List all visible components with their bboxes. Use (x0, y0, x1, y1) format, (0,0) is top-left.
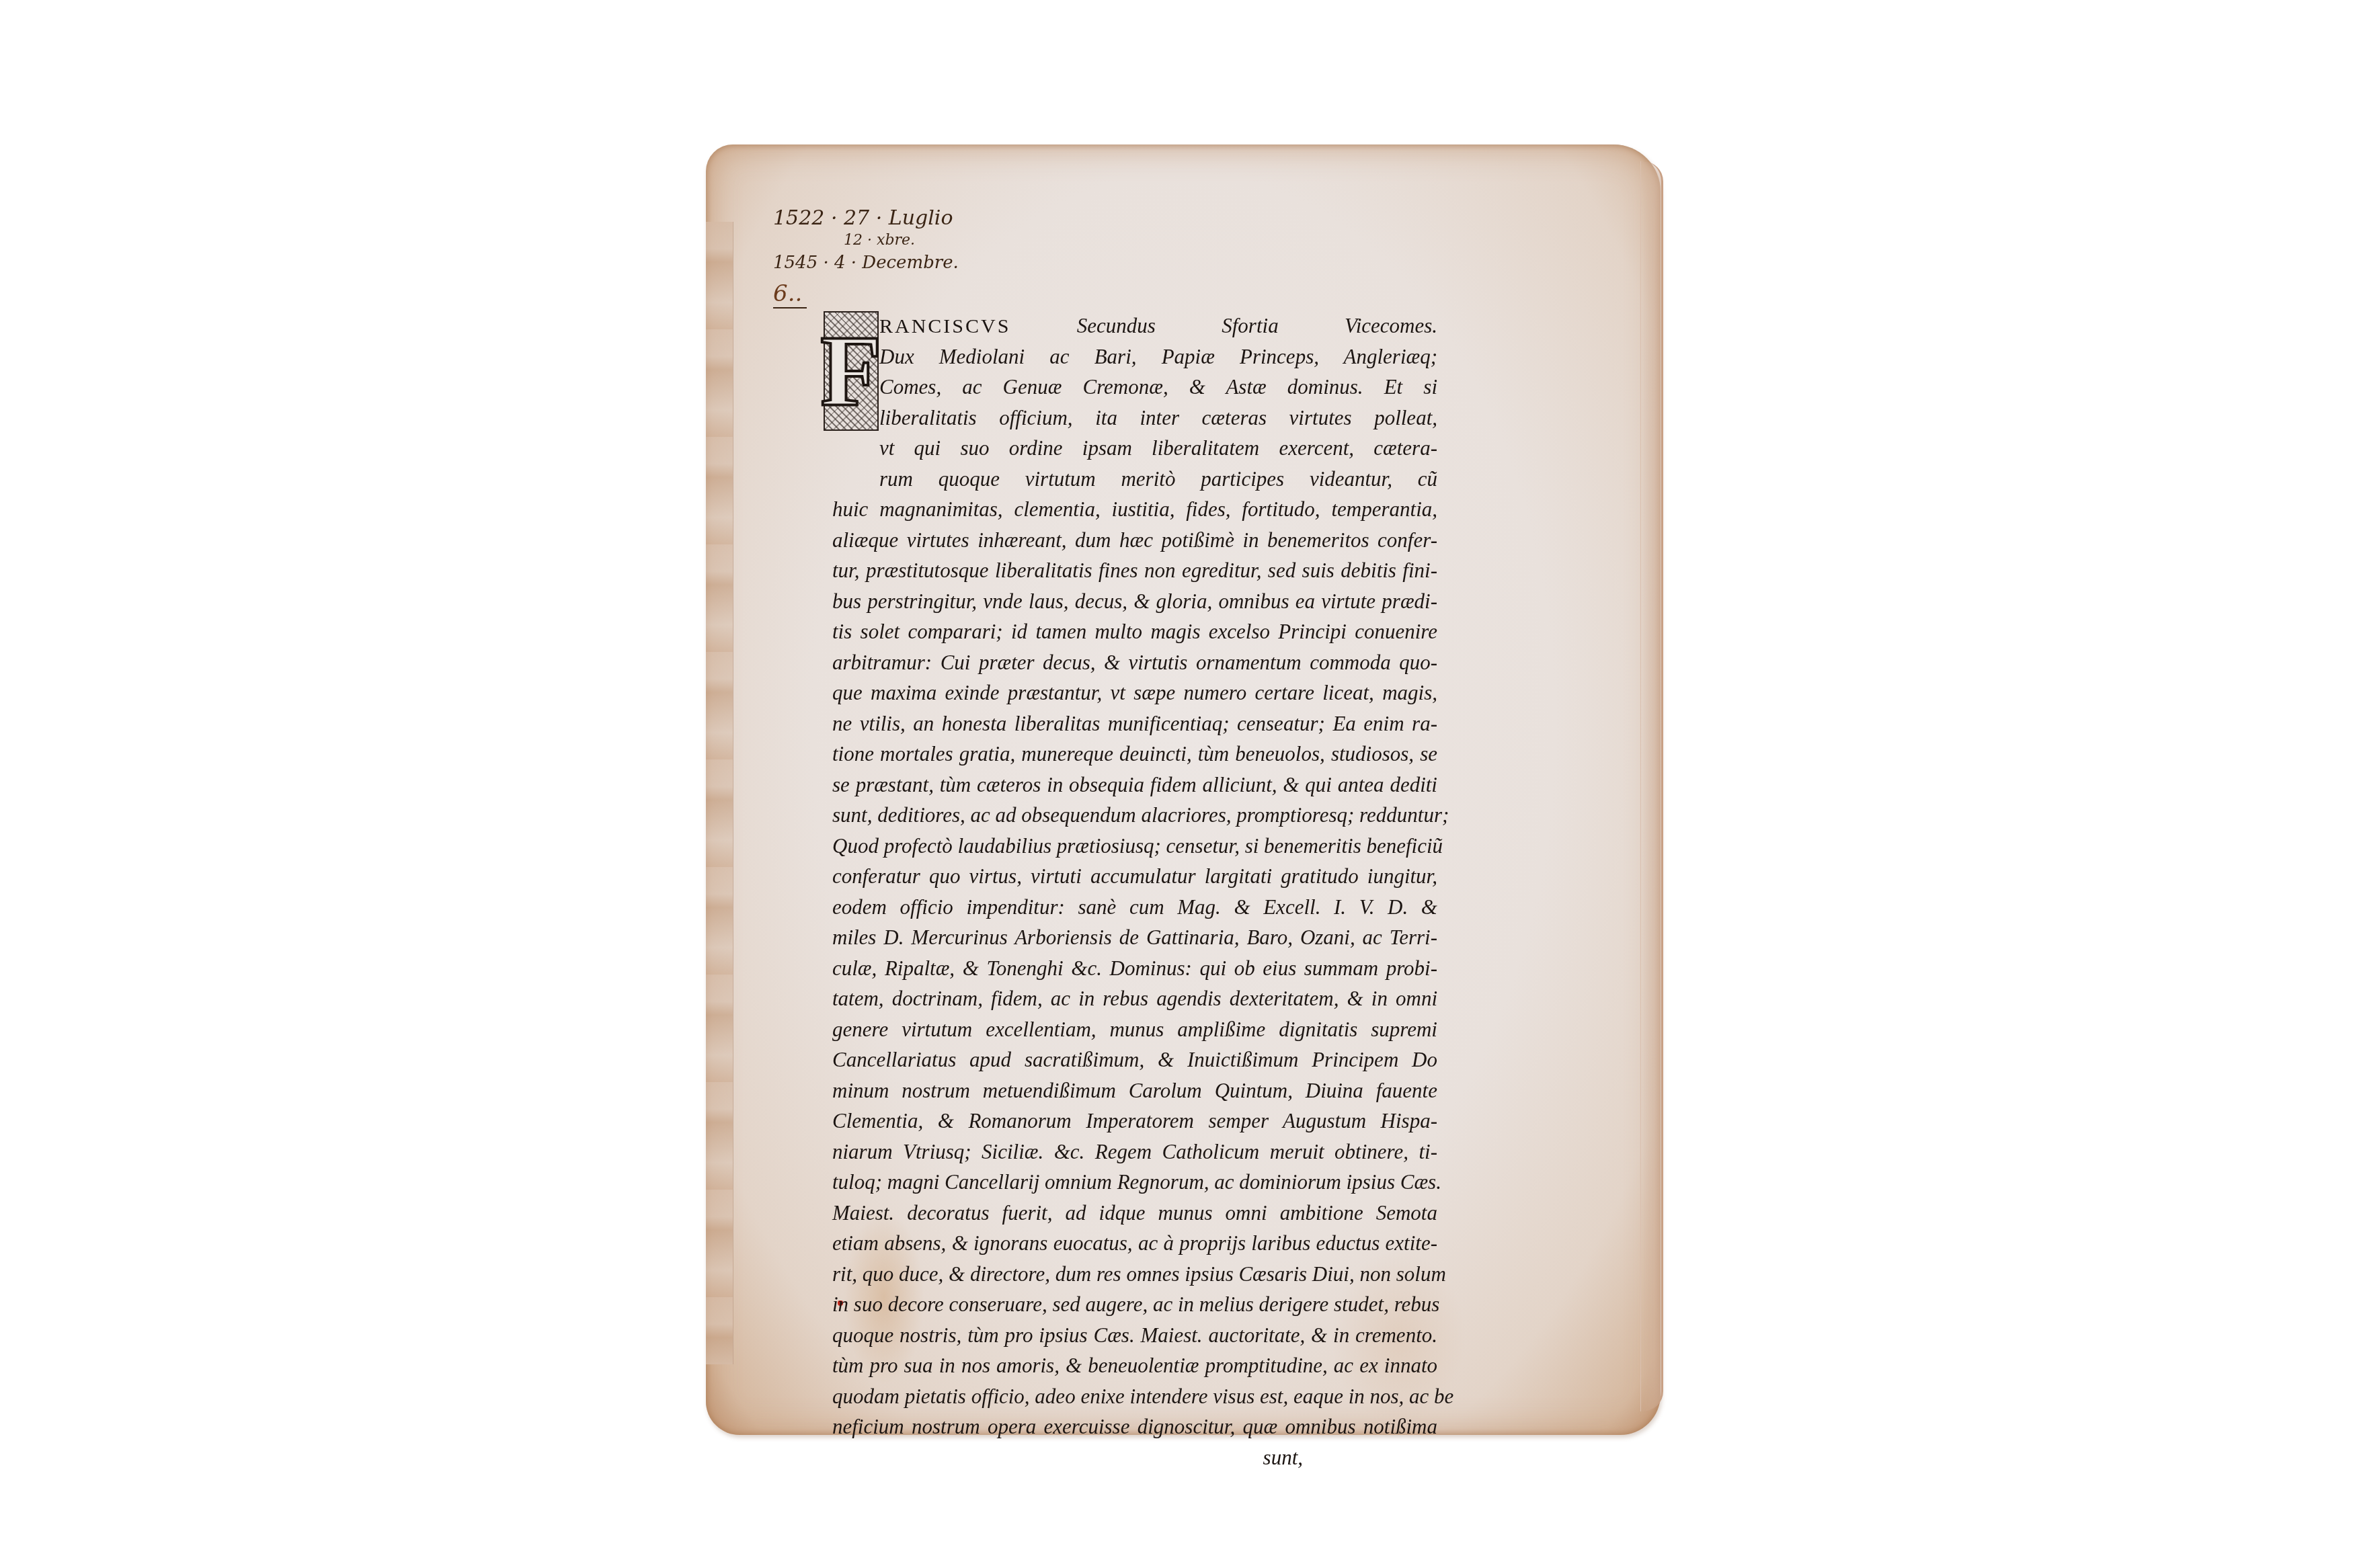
text-line: genere virtutum excellentiam, munus ampl… (832, 1014, 1437, 1045)
text-line: niarum Vtriusq; Siciliæ. &c. Regem Catho… (832, 1137, 1437, 1167)
text-line: bus perstringitur, vnde laus, decus, & g… (832, 586, 1437, 617)
marginal-date-1522: 1522 · 27 · Luglio (773, 205, 959, 232)
text-line: ne vtilis, an honesta liberalitas munifi… (832, 708, 1437, 739)
marginal-date-12-xbre: 12 · xbre. (773, 232, 959, 249)
text-line: miles D. Mercurinus Arboriensis de Gatti… (832, 922, 1437, 953)
text-line: sunt, deditiores, ac ad obsequendum alac… (832, 800, 1437, 831)
handwritten-marginalia: 1522 · 27 · Luglio 12 · xbre. 1545 · 4 ·… (773, 205, 959, 308)
text-line: tis solet comparari; id tamen multo magi… (832, 616, 1437, 647)
text-line: tur, præstitutosque liberalitatis fines … (832, 555, 1437, 586)
frayed-binding-edge (706, 222, 733, 1364)
text-line: Maiest. decoratus fuerit, ad idque munus… (832, 1198, 1437, 1229)
text-line-content: Secundus Sfortia Vicecomes. (1010, 314, 1437, 337)
text-line: culæ, Ripaltæ, & Tonenghi &c. Dominus: q… (832, 953, 1437, 984)
text-line: huic magnanimitas, clementia, iustitia, … (832, 494, 1437, 525)
text-line: tione mortales gratia, munereque deuinct… (832, 739, 1437, 770)
stacked-page-edges (1640, 161, 1663, 1411)
text-line: Clementia, & Romanorum Imperatorem sempe… (832, 1106, 1437, 1137)
printed-text-block: RANCISCVS Secundus Sfortia Vicecomes. Du… (832, 311, 1437, 1473)
text-line: tuloq; magni Cancellarij omnium Regnorum… (832, 1167, 1437, 1198)
text-line: Quod profectò laudabilius prætiosiusq; c… (832, 831, 1437, 862)
text-line: rit, quo duce, & directore, dum res omne… (832, 1259, 1437, 1290)
text-line: quoque nostris, tùm pro ipsius Cæs. Maie… (832, 1320, 1437, 1351)
text-line-closing: sunt, (832, 1442, 1437, 1473)
text-line: neficium nostrum opera exercuisse dignos… (832, 1411, 1437, 1442)
opening-capitals: RANCISCVS (879, 315, 1010, 337)
text-line: se præstant, tùm cæteros in obsequia fid… (832, 770, 1437, 800)
text-line: Cancellariatus apud sacratißimum, & Inui… (832, 1044, 1437, 1075)
text-line: liberalitatis officium, ita inter cætera… (832, 403, 1437, 434)
text-line: tùm pro sua in nos amoris, & beneuolenti… (832, 1350, 1437, 1381)
text-line: vt qui suo ordine ipsam liberalitatem ex… (832, 433, 1437, 464)
text-line: conferatur quo virtus, virtuti accumulat… (832, 861, 1437, 892)
text-line: minum nostrum metuendißimum Carolum Quin… (832, 1075, 1437, 1106)
text-line: etiam absens, & ignorans euocatus, ac à … (832, 1228, 1437, 1259)
text-line: tatem, doctrinam, fidem, ac in rebus age… (832, 983, 1437, 1014)
text-line: aliæque virtutes inhæreant, dum hæc poti… (832, 525, 1437, 556)
folio-number: 6.. (773, 280, 807, 308)
text-line: eodem officio impenditur: sanè cum Mag. … (832, 892, 1437, 923)
text-line: rum quoque virtutum meritò participes vi… (832, 464, 1437, 495)
text-line: Dux Mediolani ac Bari, Papiæ Princeps, A… (832, 341, 1437, 372)
text-line: que maxima exinde præstantur, vt sæpe nu… (832, 677, 1437, 708)
text-line: RANCISCVS Secundus Sfortia Vicecomes. (832, 311, 1437, 341)
text-line: Comes, ac Genuæ Cremonæ, & Astæ dominus.… (832, 372, 1437, 403)
text-line: quodam pietatis officio, adeo enixe inte… (832, 1381, 1437, 1412)
marginal-date-1545: 1545 · 4 · Decembre. (773, 249, 959, 276)
text-line: arbitramur: Cui præter decus, & virtutis… (832, 647, 1437, 678)
text-line: in suo decore conseruare, sed augere, ac… (832, 1289, 1437, 1320)
